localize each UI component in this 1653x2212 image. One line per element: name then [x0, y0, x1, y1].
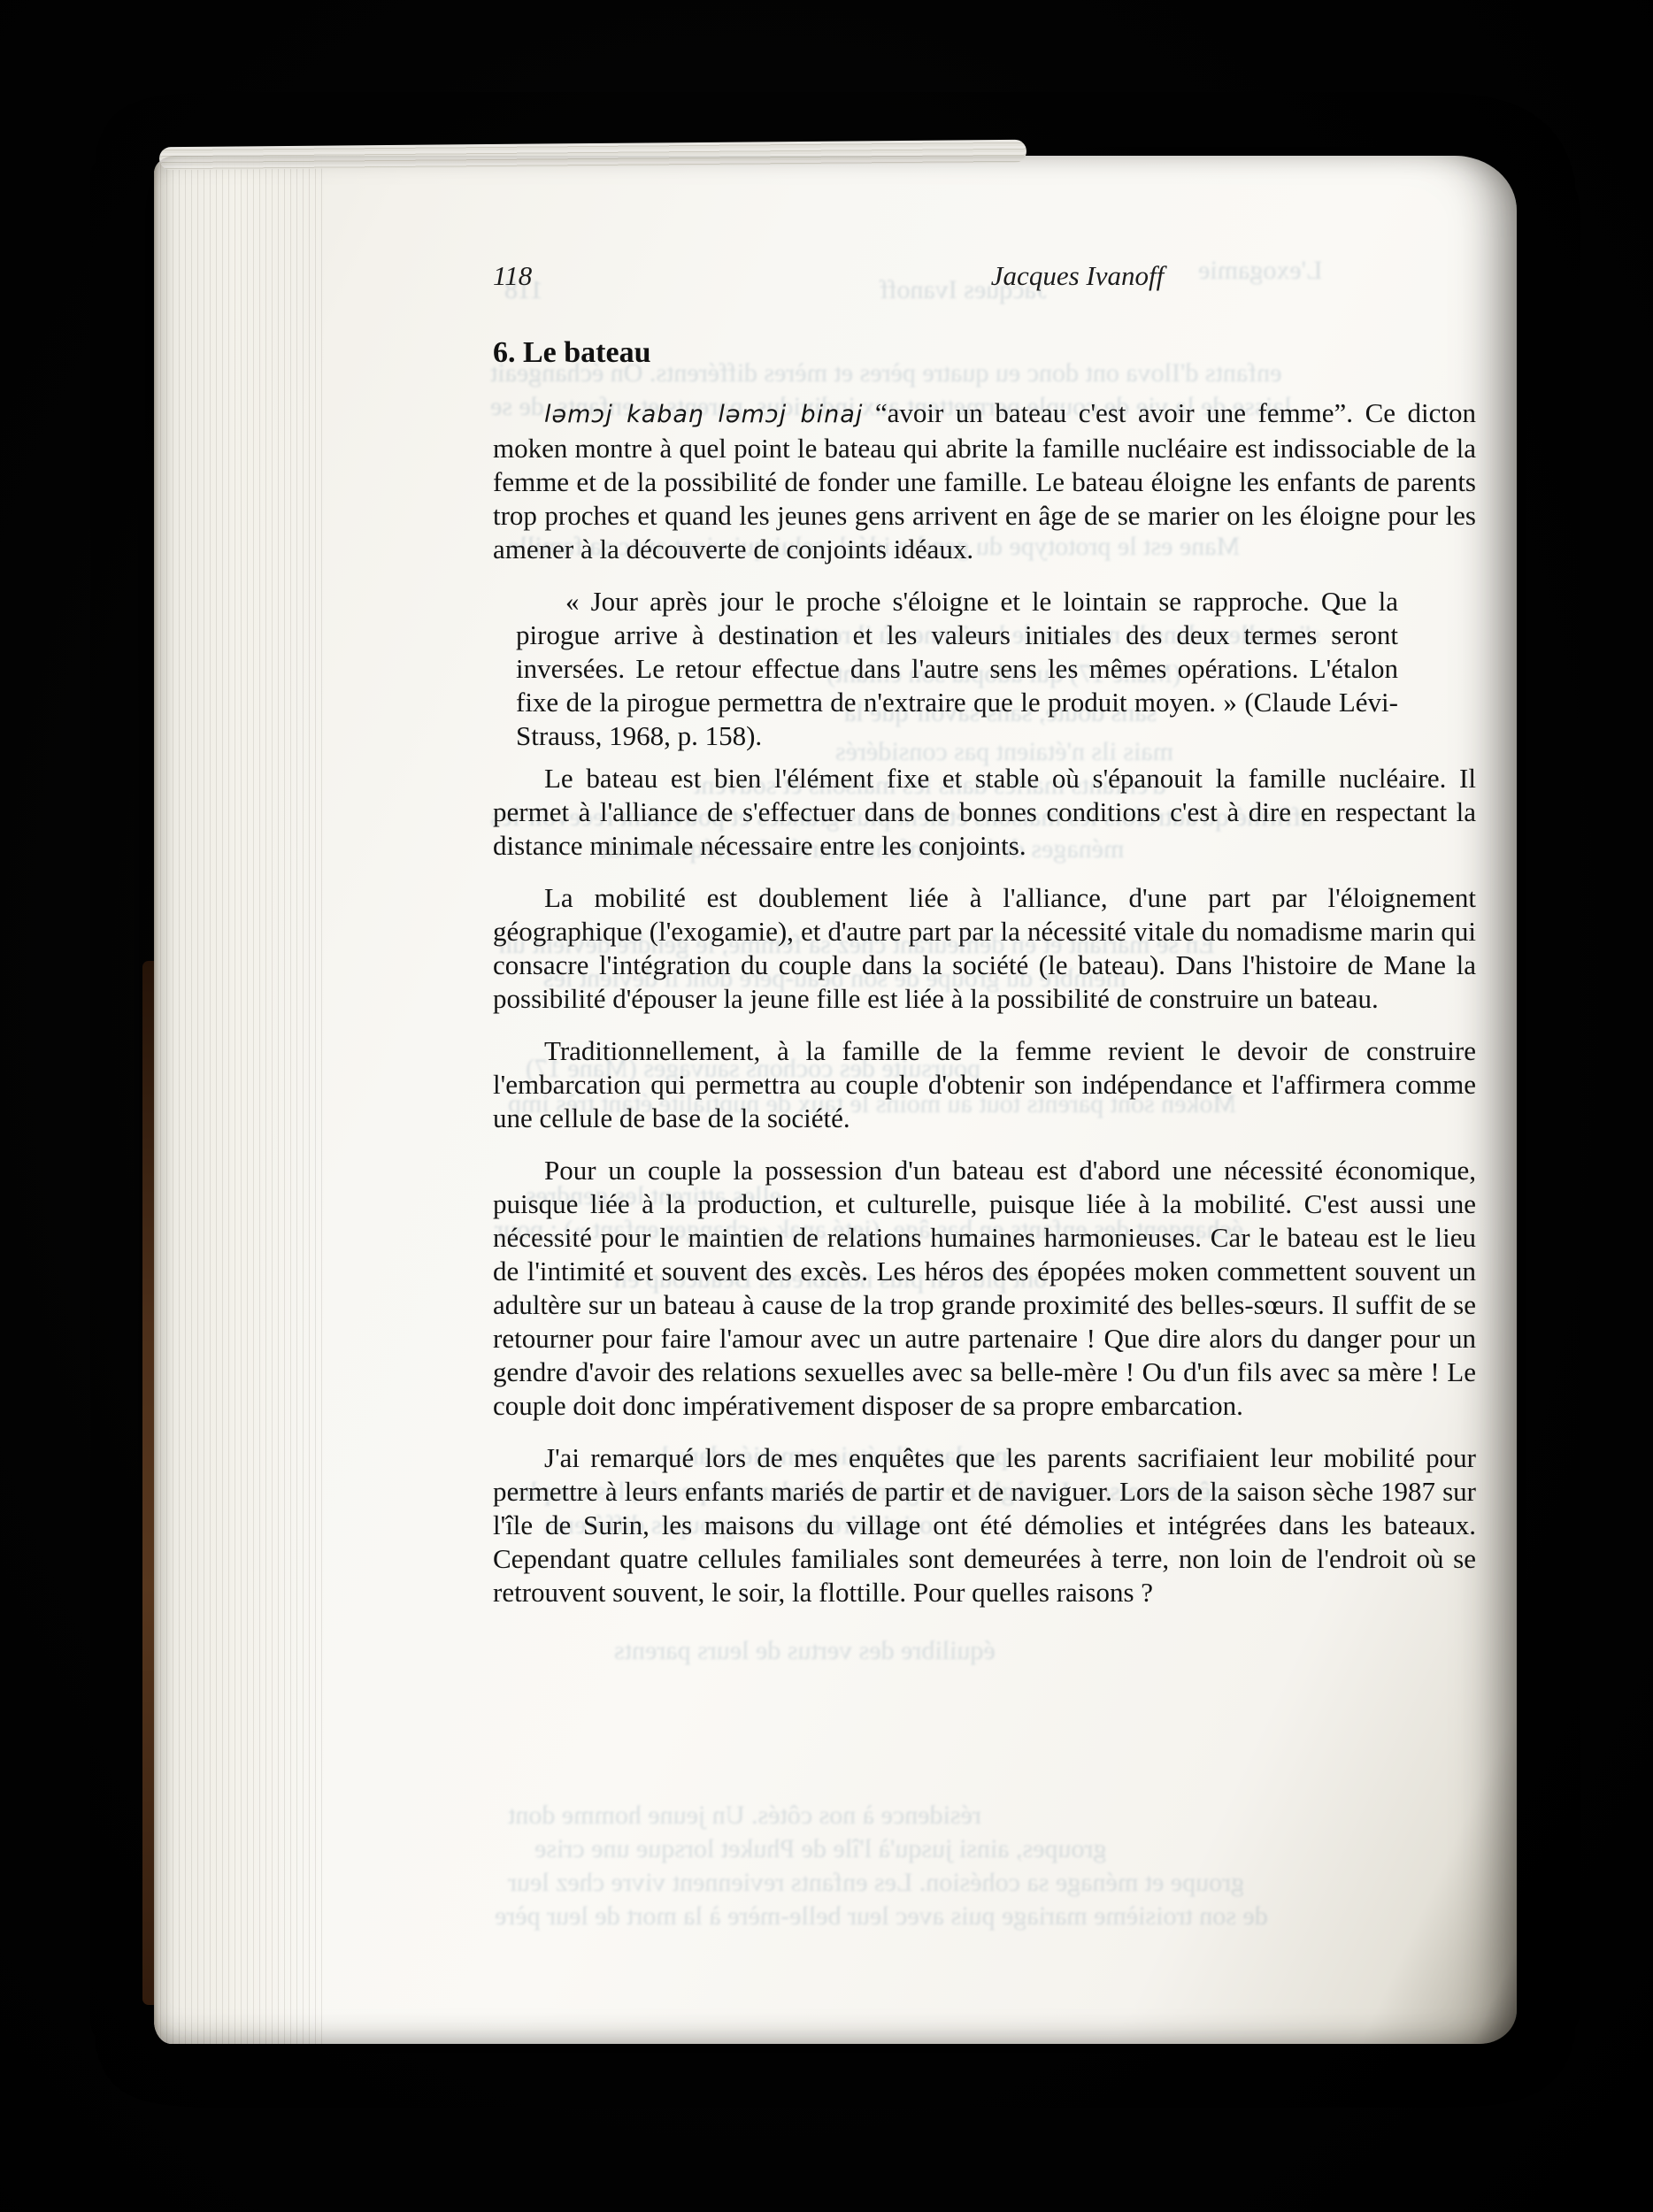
book-spine-edge [142, 961, 154, 2005]
ghost-text-line: résidence à nos côtés. Un jeune homme do… [508, 1800, 981, 1832]
book-page: 118Jacques IvanoffL'exogamieenfants d'Il… [154, 156, 1517, 2044]
running-header: 118 Jacques Ivanoff [493, 260, 1476, 292]
paragraph-mobility-alliance: La mobilité est doublement liée à l'alli… [493, 881, 1476, 1016]
moken-phonetic-phrase: ləmɔj kabaŋ ləmɔj binaj [544, 401, 863, 428]
section-heading: 6. Le bateau [493, 336, 1476, 370]
paragraph-tradition-boatbuilding: Traditionnellement, à la famille de la f… [493, 1034, 1476, 1135]
text-column: 6. Le bateau ləmɔj kabaŋ ləmɔj binaj “av… [493, 336, 1476, 1628]
paragraph-surin-observation: J'ai remarqué lors de mes enquêtes que l… [493, 1441, 1476, 1609]
ghost-text-line: équilibre des vertus de leurs parents [614, 1635, 996, 1667]
page-number: 118 [493, 260, 679, 292]
ghost-text-line: groupe et ménage sa cohésion. Les enfant… [508, 1867, 1244, 1899]
paragraph-moken-saying: ləmɔj kabaŋ ləmɔj binaj “avoir un bateau… [493, 396, 1476, 566]
levi-strauss-quote: « Jour après jour le proche s'éloigne et… [516, 585, 1398, 753]
photo-background: 118Jacques IvanoffL'exogamieenfants d'Il… [0, 0, 1653, 2212]
paragraph-boat-possession: Pour un couple la possession d'un bateau… [493, 1154, 1476, 1423]
paragraph-boat-stable-element: Le bateau est bien l'élément fixe et sta… [493, 762, 1476, 863]
running-header-author: Jacques Ivanoff [679, 260, 1476, 292]
ghost-text-line: de son troisième mariage puis avec leur … [495, 1901, 1268, 1932]
ghost-text-line: groupes, ainsi jusqu'à l'île de Phuket l… [534, 1833, 1107, 1865]
page-top-edge-stack [159, 140, 1026, 171]
page-edge-stack [154, 156, 324, 2044]
